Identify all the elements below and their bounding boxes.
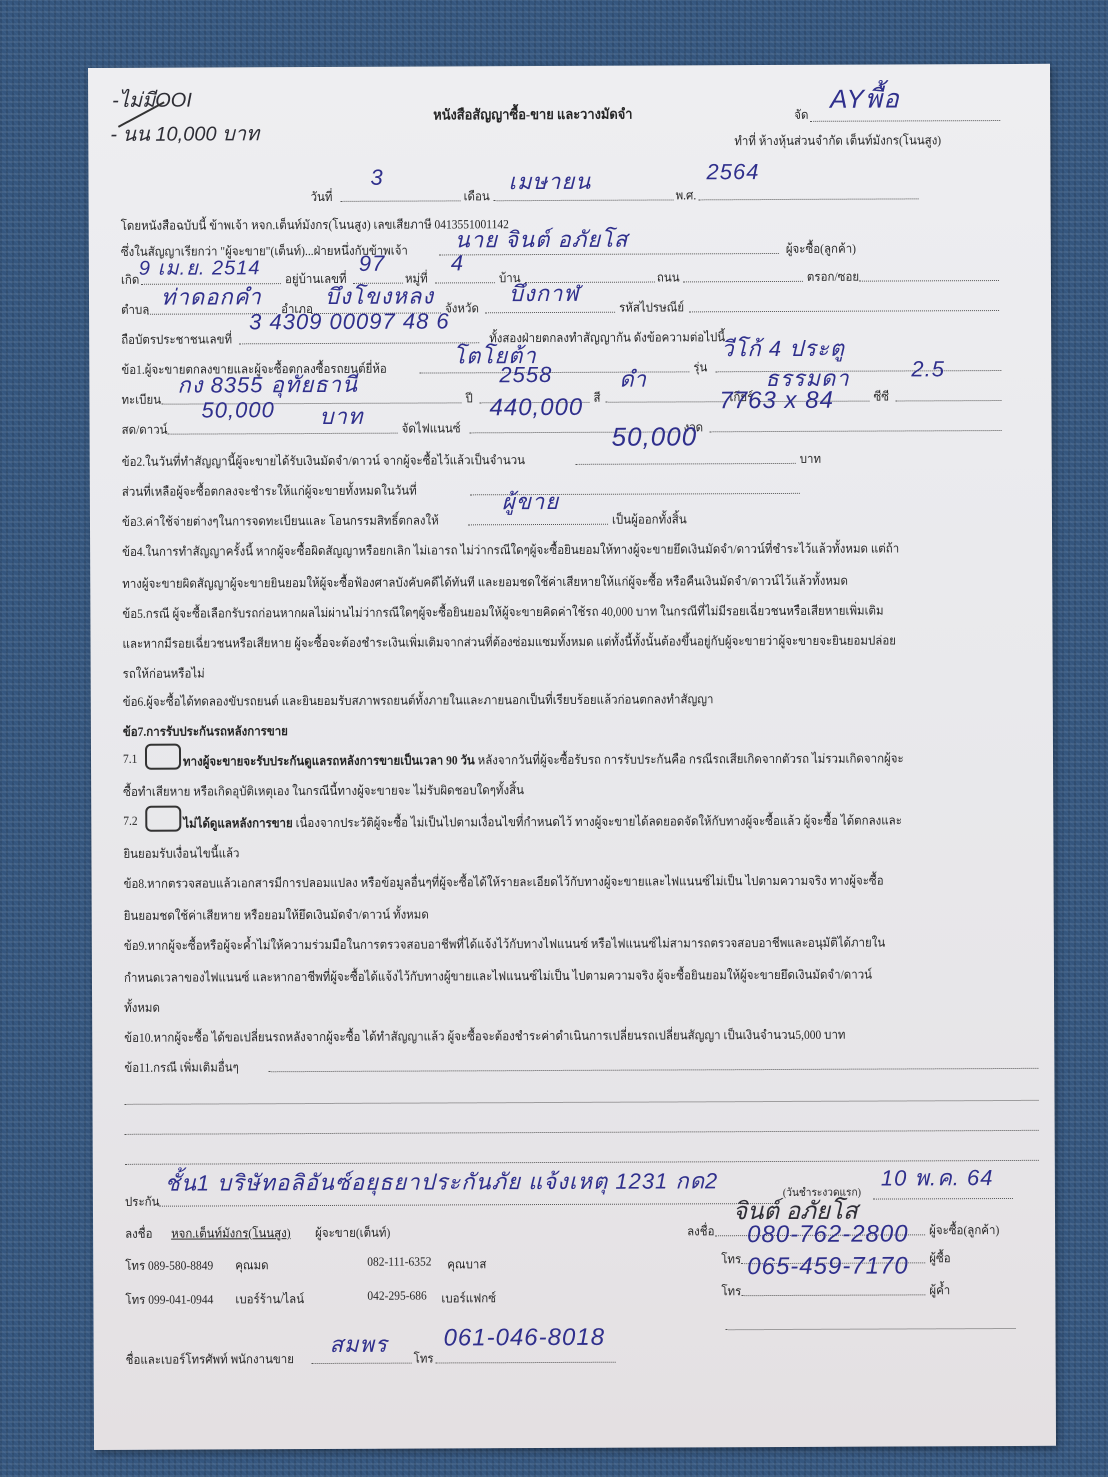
subdistrict-label: ตำบล [121,300,149,320]
installment-field[interactable]: 7763 x 84 [719,387,834,415]
color-field[interactable]: ดำ [619,362,647,397]
guarantor-phone-field[interactable]: 065-459-7170 [747,1252,909,1281]
province-field[interactable]: บึงกาฬ [509,276,580,311]
finance-amount-field[interactable]: 440,000 [489,394,583,422]
finance-label: จัด [794,105,808,125]
subdistrict-field[interactable]: ท่าดอกคำ [161,279,262,314]
no-warranty-checkbox[interactable] [145,806,181,832]
option2-number: 7.2 [123,814,137,829]
guarantor-phone-line [741,1294,925,1296]
vehicle-year-field[interactable]: 2558 [499,362,552,388]
payer-line [468,524,608,526]
option1-rest: หลังจากวันที่ผู้จะซื้อรับรถ การรับประกัน… [475,751,904,767]
insurance-label: ประกัน [125,1192,160,1212]
road-line [683,281,803,283]
clause9-line1: ข้อ9.หากผู้จะซื้อหรือผู้จะค้ำไม่ให้ความร… [124,933,885,956]
guarantor-phone-label: โทร [721,1281,741,1301]
model-line [715,370,1001,372]
clause4-line1: ข้อ4.ในการทำสัญญาครั้งนี้ หากผู้จะซื้อผิ… [122,538,899,561]
vehicle-year-label: ปี [465,388,472,408]
day-field[interactable]: 3 [370,165,383,191]
color-label: สี [593,388,600,408]
clause5-line1: ข้อ5.กรณี ผู้จะซื้อเลือกรับรถก่อนหากผลไม… [122,601,883,624]
clause9-line2: กำหนดเวลาของไฟแนนซ์ และหากอาชีพที่ผู้จะซ… [124,965,872,988]
deposit-unit: บาท [800,449,821,469]
id-field[interactable]: 3 4309 00097 48 6 [249,308,450,335]
remaining-text: ส่วนที่เหลือผู้จะซื้อตกลงจะชำระให้แก่ผู้… [122,481,417,502]
first-payment-field[interactable]: 10 พ.ค. 64 [881,1160,994,1195]
handwritten-note-line1: -ไม่มีOOI [112,84,192,116]
clause11-text: ข้อ11.กรณี เพิ่มเติมอื่นๆ [124,1057,239,1077]
insurance-line [159,1203,779,1207]
province-label: จังหวัด [445,298,479,318]
finance-field-line [810,120,1000,122]
cc-label: ซีซี [873,387,889,407]
finance-amount-label: จัดไฟแนนซ์ [402,418,461,438]
clause11-line1 [268,1068,1038,1072]
down-payment-field[interactable]: 50,000 [201,397,274,423]
buyer-phone-field[interactable]: 080-762-2800 [747,1220,909,1249]
alley-line [859,280,999,282]
down-unit: บาท [319,399,363,434]
seller-contact-4-phone: 042-295-686 [367,1289,426,1304]
buyer-phone-label: โทร [721,1249,741,1269]
buyer-phone-role: ผู้ซื้อ [929,1248,951,1268]
finance-company-field[interactable]: AYพื้อ [830,78,900,119]
id-label: ถือบัตรประชาชนเลขที่ [121,329,232,349]
moo-field[interactable]: 4 [451,250,464,276]
clause5-line2: และหากมีรอยเฉี่ยวชนหรือเสียหาย ผู้จะซื้อ… [122,630,896,653]
day-label: วันที่ [311,187,333,207]
first-payment-line [873,1198,1013,1200]
plate-label: ทะเบียน [121,390,161,410]
clause6-text: ข้อ6.ผู้จะซื้อได้ทดลองขับรถยนต์ และยินยอ… [123,689,714,712]
seller-contact-2-phone: 082-111-6352 [367,1255,431,1270]
clause8-line1: ข้อ8.หากตรวจสอบแล้วเอกสารมีการปลอมแปลง ห… [124,871,884,894]
warranty-90-days-checkbox[interactable] [145,744,181,770]
clause8-line2: ยินยอมชดใช้ค่าเสียหาย หรือยอมให้ยึดเงินม… [124,905,429,926]
extra-line [726,1328,1016,1330]
handwritten-note-line2: - นน 10,000 บาท [110,117,259,150]
year-label: พ.ศ. [676,185,697,205]
insurance-field[interactable]: ชั้น1 บริษัทอลิอันซ์อยุธยาประกันภัย แจ้ง… [165,1163,719,1200]
seller-contact-2-name: คุณบาส [447,1254,486,1274]
clause7-heading: ข้อ7.การรับประกันรถหลังการขาย [123,721,288,742]
salesperson-phone-field[interactable]: 061-046-8018 [443,1324,605,1353]
buyer-label: ผู้จะซื้อ(ลูกค้า) [786,239,856,259]
cc-field[interactable]: 2.5 [911,356,945,382]
road-label: ถนน [657,267,680,287]
guarantor-phone-role: ผู้ค้ำ [929,1280,950,1300]
clause11-line3 [125,1130,1039,1135]
born-label: เกิด [121,270,139,290]
clause4-line2: ทางผู้จะขายผิดสัญญาผู้จะขายยินยอมให้ผู้จ… [122,571,848,594]
payer-field[interactable]: ผู้ขาย [502,484,559,519]
seller-sign-label: ลงชื่อ [125,1224,152,1244]
seller-contact-4-name: เบอร์แฟกซ์ [441,1288,496,1308]
province-line [485,312,615,314]
alley-label: ตรอก/ซอย [807,267,859,287]
year-line [699,198,919,200]
seller-contact-1-name: คุณมด [235,1255,269,1275]
deposit-line [576,463,796,465]
seller-contact-3-name: เบอร์ร้าน/ไลน์ [235,1289,304,1309]
day-line [341,200,461,202]
clause10-text: ข้อ10.หากผู้จะซื้อ ได้ขอเปลี่ยนรถหลังจาก… [124,1025,845,1048]
installment-line [710,430,1002,432]
month-line [494,199,674,201]
seller-contact-1-phone: โทร 089-580-8849 [125,1255,213,1275]
model-label: รุ่น [693,357,707,377]
postal-line [689,310,999,312]
clause3-text: ข้อ3.ค่าใช้จ่ายต่างๆในการจดทะเบียนและ โอ… [122,510,439,531]
seller-contact-3-phone: โทร 099-041-0944 [125,1289,213,1309]
month-label: เดือน [464,186,490,206]
seller-role: ผู้จะขาย(เต็นท์) [315,1223,390,1243]
option2-text: ไม่ได้ดูแลหลังการขาย เนื่องจากประวัติผู้… [183,810,902,833]
salesperson-name-line [312,1363,412,1364]
buyer-name-field[interactable]: นาย จินต์ อภัยโส [455,222,629,258]
house-no-field[interactable]: 97 [359,251,386,277]
option2-line2: ยินยอมรับเงื่อนไขนี้แล้ว [123,843,239,864]
option1-text: ทางผู้จะขายจะรับประกันดูแลรถหลังการขายเป… [183,748,904,771]
color-line [605,401,725,403]
salesperson-phone-line [436,1362,616,1364]
buyer-sign-label: ลงชื่อ [687,1221,714,1241]
salesperson-name-field[interactable]: สมพร [329,1327,387,1362]
down-label: สด/ดาวน์ [122,420,168,440]
option1-bold: ทางผู้จะขายจะรับประกันดูแลรถหลังการขายเป… [183,753,475,768]
option2-bold: ไม่ได้ดูแลหลังการขาย [183,816,293,830]
year-field[interactable]: 2564 [706,159,759,185]
id-line [239,342,479,344]
document-title: หนังสือสัญญาซื้อ-ขาย และวางมัดจำ [433,104,632,127]
clause9-line3: ทั้งหมด [124,998,160,1018]
postal-label: รหัสไปรษณีย์ [619,297,684,317]
option1-number: 7.1 [123,752,137,767]
clause5-line3: รถให้ก่อนหรือไม่ [123,663,205,683]
contract-paper: -ไม่มีOOI - นน 10,000 บาท หนังสือสัญญาซื… [88,64,1056,1450]
clause11-line2 [125,1100,1039,1105]
buyer-role: ผู้จะซื้อ(ลูกค้า) [929,1220,999,1240]
option1-line2: ซื้อทำเสียหาย หรือเกิดอุบัติเหตุเอง ในกร… [123,780,524,802]
clause2-text: ข้อ2.ในวันที่ทำสัญญานี้ผู้จะขายได้รับเงิ… [122,450,525,472]
month-field[interactable]: เมษายน [508,164,591,199]
moo-line [435,282,495,283]
intro-text: โดยหนังสือฉบับนี้ ข้าพเจ้า หจก.เต็นท์มัง… [121,214,509,236]
contract-location: ทำที่ ห้างหุ้นส่วนจำกัด เต็นท์มังกร(โนนส… [734,130,941,151]
clause3-suffix: เป็นผู้ออกทั้งสิ้น [612,509,687,529]
cc-line [895,400,1001,401]
salesperson-phone-label: โทร [414,1349,434,1369]
deposit-amount-field[interactable]: 50,000 [612,421,698,452]
seller-name: หจก.เต็นท์มังกร(โนนสูง) [171,1223,291,1244]
salesperson-label: ชื่อและเบอร์โทรศัพท์ พนักงานขาย [126,1349,294,1370]
option2-rest: เนื่องจากประวัติผู้จะซื้อ ไม่เป็นไปตามเง… [293,813,902,830]
